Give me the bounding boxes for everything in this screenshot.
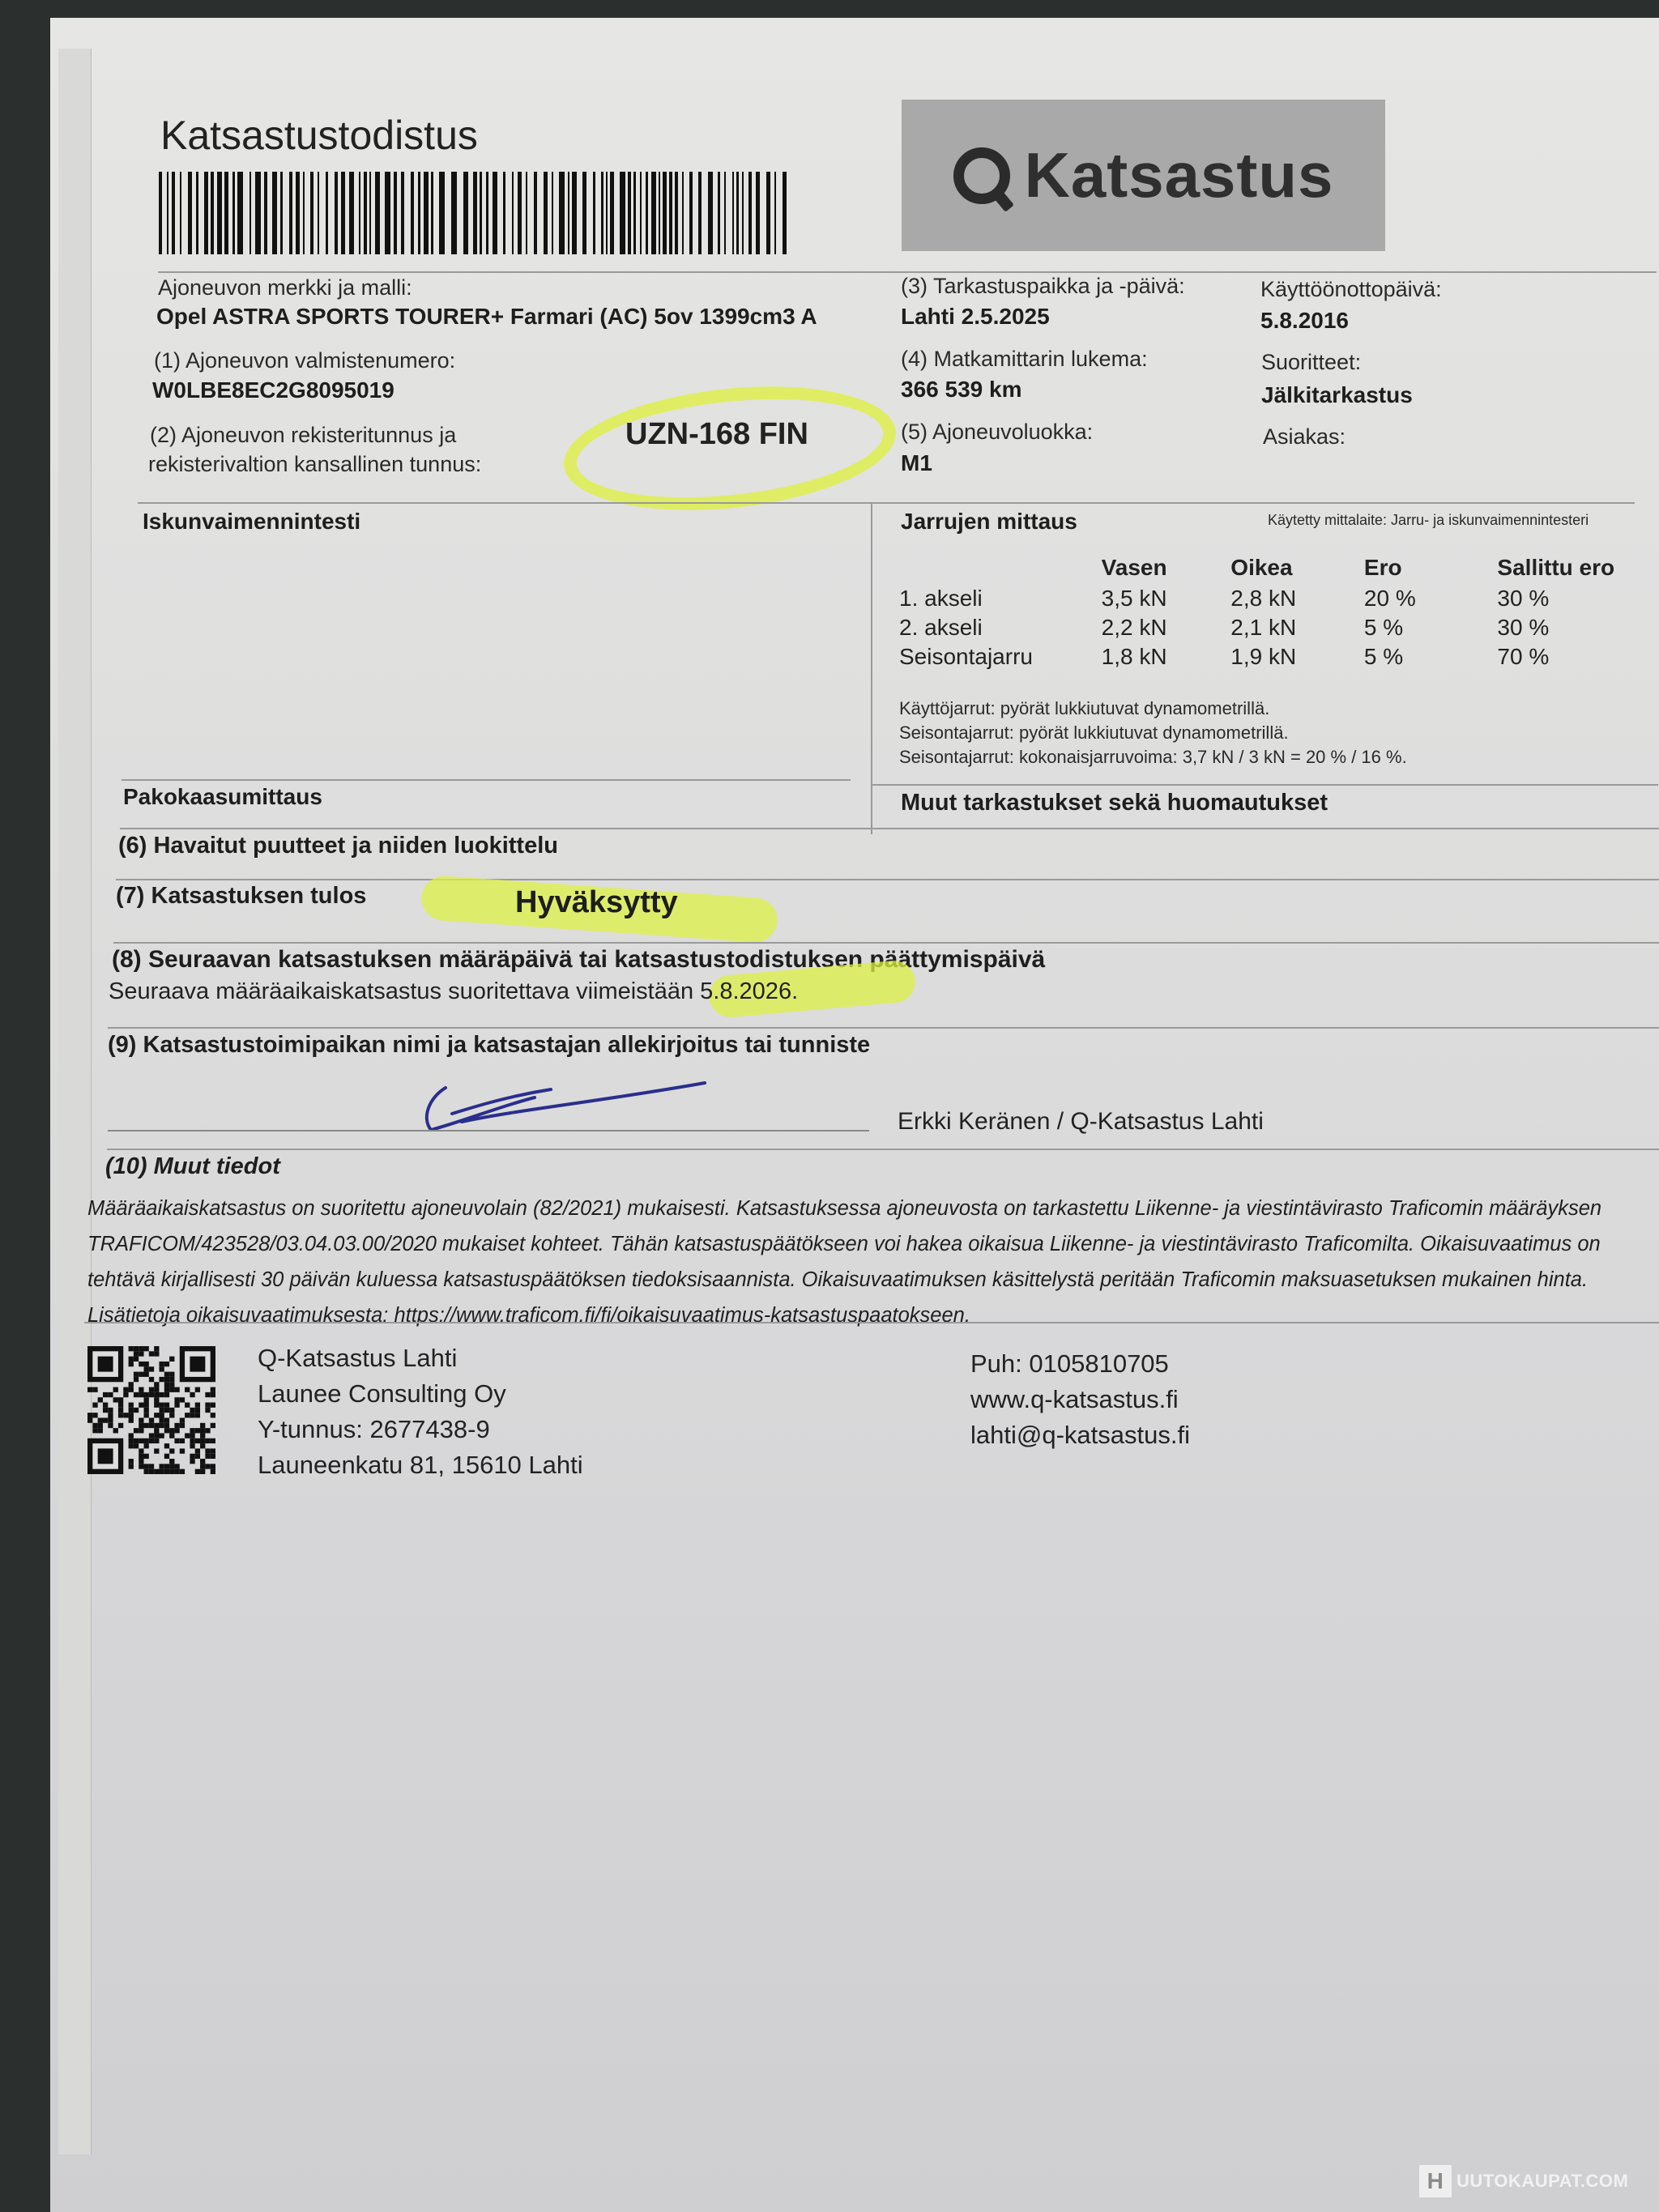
odometer-value: 366 539 km <box>901 377 1021 403</box>
huutokaupat-watermark: H UUTOKAUPAT.COM <box>1419 2165 1628 2197</box>
vin-label: (1) Ajoneuvon valmistenumero: <box>154 348 455 373</box>
cube-logo-icon: H <box>1419 2165 1452 2197</box>
brakes-device: Käytetty mittalaite: Jarru- ja iskunvaim… <box>1268 512 1589 529</box>
inspector-name: Erkki Keränen / Q-Katsastus Lahti <box>898 1108 1264 1136</box>
certificate-paper <box>50 18 1659 2212</box>
brake-cell: 20 % <box>1364 584 1498 613</box>
brake-cell: 5 % <box>1364 613 1498 642</box>
brake-cell: 30 % <box>1497 584 1659 613</box>
registration-number: UZN-168 FIN <box>625 417 808 452</box>
signature-heading: (9) Katsastustoimipaikan nimi ja katsast… <box>108 1032 870 1059</box>
brake-measurement-table: Vasen Oikea Ero Sallittu ero 1. akseli3,… <box>899 555 1659 671</box>
other-info-heading: (10) Muut tiedot <box>105 1153 280 1180</box>
email: lahti@q-katsastus.fi <box>970 1417 1190 1453</box>
watermark-text: UUTOKAUPAT.COM <box>1456 2171 1628 2192</box>
brake-cell: 5 % <box>1364 642 1498 671</box>
company-line: Y-tunnus: 2677438-9 <box>258 1412 583 1447</box>
brake-cell: 3,5 kN <box>1102 584 1231 613</box>
magnifier-q-icon <box>953 147 1010 204</box>
reg-label-line1: (2) Ajoneuvon rekisteritunnus ja <box>150 423 456 448</box>
company-info: Q-Katsastus Lahti Launee Consulting Oy Y… <box>258 1340 583 1483</box>
performed-label: Suoritteet: <box>1261 350 1361 375</box>
brakes-heading: Jarrujen mittaus <box>901 509 1077 535</box>
brake-cell: 1,9 kN <box>1230 642 1364 671</box>
other-info-text: Määräaikaiskatsastus on suoritettu ajone… <box>87 1191 1651 1333</box>
col-header-diff: Ero <box>1364 555 1498 584</box>
brake-cell: 1,8 kN <box>1102 642 1231 671</box>
document-title: Katsastustodistus <box>160 112 478 159</box>
signature-line <box>108 1130 869 1132</box>
brake-cell: 2. akseli <box>899 613 1102 642</box>
exhaust-heading: Pakokaasumittaus <box>123 784 322 810</box>
divider <box>872 784 1658 786</box>
result-value: Hyväksytty <box>515 885 678 920</box>
brake-row: Seisontajarru1,8 kN1,9 kN5 %70 % <box>899 642 1659 671</box>
first-use-label: Käyttöönottopäivä: <box>1260 277 1442 302</box>
brake-cell: 30 % <box>1497 613 1659 642</box>
col-header <box>899 555 1102 584</box>
vehicle-class-label: (5) Ajoneuvoluokka: <box>901 420 1093 445</box>
other-checks-heading: Muut tarkastukset sekä huomautukset <box>901 790 1328 816</box>
divider <box>116 879 1659 880</box>
barcode <box>159 172 799 254</box>
brake-note-2: Seisontajarrut: pyörät lukkiutuvat dynam… <box>899 722 1289 744</box>
brake-cell: 1. akseli <box>899 584 1102 613</box>
performed-value: Jälkitarkastus <box>1261 382 1413 408</box>
company-line: Q-Katsastus Lahti <box>258 1340 583 1376</box>
customer-label: Asiakas: <box>1263 424 1346 450</box>
place-date-value: Lahti 2.5.2025 <box>901 304 1050 330</box>
divider <box>138 502 1635 504</box>
q-katsastus-logo: Katsastus <box>902 100 1385 251</box>
divider <box>108 1027 1659 1029</box>
brake-cell: 2,8 kN <box>1230 584 1364 613</box>
paper-stack-edge <box>58 49 92 2154</box>
first-use-value: 5.8.2016 <box>1260 308 1349 334</box>
reg-label-line2: rekisterivaltion kansallinen tunnus: <box>148 452 481 477</box>
divider <box>120 828 1659 829</box>
vehicle-class-value: M1 <box>901 450 932 476</box>
make-model-value: Opel ASTRA SPORTS TOURER+ Farmari (AC) 5… <box>156 304 817 330</box>
place-date-label: (3) Tarkastuspaikka ja -päivä: <box>901 274 1185 299</box>
company-line: Launee Consulting Oy <box>258 1376 583 1412</box>
brake-note-1: Käyttöjarrut: pyörät lukkiutuvat dynamom… <box>899 698 1269 719</box>
company-line: Launeenkatu 81, 15610 Lahti <box>258 1447 583 1483</box>
shock-test-heading: Iskunvaimennintesti <box>143 509 360 535</box>
vin-value: W0LBE8EC2G8095019 <box>152 377 394 403</box>
contact-info: Puh: 0105810705 www.q-katsastus.fi lahti… <box>970 1346 1190 1453</box>
brake-row: 2. akseli2,2 kN2,1 kN5 %30 % <box>899 613 1659 642</box>
col-header-right: Oikea <box>1230 555 1364 584</box>
logo-text: Katsastus <box>1025 139 1334 212</box>
qr-code <box>87 1346 215 1474</box>
col-header-left: Vasen <box>1102 555 1231 584</box>
phone: Puh: 0105810705 <box>970 1346 1190 1382</box>
brake-cell: 2,2 kN <box>1102 613 1231 642</box>
brake-note-3: Seisontajarrut: kokonaisjarruvoima: 3,7 … <box>899 747 1407 768</box>
next-inspection-text: Seuraava määräaikaiskatsastus suoritetta… <box>109 978 798 1005</box>
brake-cell: Seisontajarru <box>899 642 1102 671</box>
brake-row: 1. akseli3,5 kN2,8 kN20 %30 % <box>899 584 1659 613</box>
odometer-label: (4) Matkamittarin lukema: <box>901 347 1148 372</box>
col-header-allowed: Sallittu ero <box>1497 555 1659 584</box>
make-model-label: Ajoneuvon merkki ja malli: <box>158 275 412 300</box>
divider <box>107 1149 1659 1150</box>
divider <box>113 942 1659 944</box>
divider <box>158 271 1657 273</box>
defects-heading: (6) Havaitut puutteet ja niiden luokitte… <box>118 833 558 859</box>
brake-cell: 70 % <box>1497 642 1659 671</box>
brake-cell: 2,1 kN <box>1230 613 1364 642</box>
website: www.q-katsastus.fi <box>970 1382 1190 1417</box>
signature <box>413 1073 721 1138</box>
result-label: (7) Katsastuksen tulos <box>116 883 366 910</box>
divider <box>122 779 851 781</box>
divider <box>84 1322 1659 1323</box>
